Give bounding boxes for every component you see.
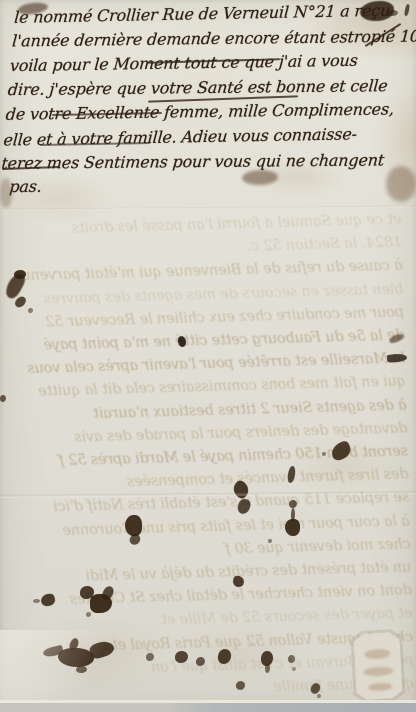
ink-blot <box>236 498 251 516</box>
ink-blot <box>265 664 270 673</box>
paper-crease <box>0 206 416 211</box>
bleedthrough-line: chez moi devenir que 30 f <box>2 533 410 568</box>
embossed-stamp-face <box>353 632 402 700</box>
ink-blot <box>292 667 296 671</box>
ink-blot <box>232 575 245 588</box>
bleedthrough-line: et payer des secours 52 de Mille et <box>4 603 412 638</box>
ink-blot <box>287 466 296 484</box>
ink-blot <box>86 612 91 617</box>
bleedthrough-line: 1824. la Section 52 c. <box>0 232 402 267</box>
bleedthrough-line: bien tassez en secours de mes agents des… <box>0 278 404 313</box>
bleedthrough-line: se replace 115 quand il s'est établi trè… <box>1 487 409 522</box>
ink-smudge <box>386 166 416 202</box>
ink-blot <box>146 653 154 661</box>
bleedthrough-line: à la cour pour moi et les faits pris une… <box>2 510 410 545</box>
ink-smudge <box>0 178 12 208</box>
bleedthrough-line: à des agents Sieur 2 titres bestiaux n'a… <box>0 394 407 429</box>
ink-blot <box>268 539 272 543</box>
ink-blot <box>230 479 252 501</box>
ink-blot <box>329 440 354 463</box>
ink-blot <box>0 395 6 402</box>
bleedthrough-line: et ce que Samuel a fourni l'an passé les… <box>0 209 402 244</box>
letter-page: et ce que Samuel a fourni l'an passé les… <box>0 0 416 712</box>
embossed-stamp <box>350 629 406 704</box>
ink-blot <box>235 680 246 691</box>
page-bottom-edge <box>0 703 416 712</box>
bleedthrough-block: et ce que Samuel a fourni l'an passé les… <box>0 208 416 707</box>
ink-blot <box>285 519 300 536</box>
bleedthrough-line: qui en fait mes bons commissaires cela d… <box>0 371 406 406</box>
ink-blot <box>322 452 326 456</box>
ink-blot <box>317 694 321 698</box>
bleedthrough-line: un état présent des crédits du déjà vu l… <box>3 556 411 591</box>
ink-blot <box>388 332 405 344</box>
ink-blot <box>175 651 188 663</box>
letter-line: terez mes Sentimens pour vous qui ne cha… <box>1 148 407 176</box>
paper-crease <box>0 491 416 498</box>
ink-blot <box>217 648 232 665</box>
ink-blot <box>196 657 205 666</box>
ink-blot <box>33 599 40 603</box>
letter-line: pas. <box>8 173 414 200</box>
ink-blot <box>58 648 94 667</box>
bleedthrough-line: dont on vient chercher le détail chez St… <box>4 580 412 615</box>
ink-blot <box>289 500 297 508</box>
ink-blot <box>76 666 87 673</box>
ink-blot <box>176 335 187 348</box>
ink-blot <box>387 353 408 363</box>
ink-blot <box>28 308 33 313</box>
ink-blot <box>88 639 115 661</box>
bleedthrough-line: de la 5e du Faubourg cette citté ne m'a … <box>0 324 405 359</box>
bleedthrough-line: la Marseille est arrêtée pour l'avenir a… <box>0 348 406 383</box>
bleedthrough-line: pour me conduire chez eux chilien le Rec… <box>0 301 404 336</box>
bleedthrough-line: à cause du refus de la Bienvenue qui m'é… <box>0 255 403 290</box>
ink-blot <box>288 655 295 663</box>
ink-blot <box>40 593 56 608</box>
bleedthrough-line: des lires furent avancés et compensées <box>0 464 408 499</box>
